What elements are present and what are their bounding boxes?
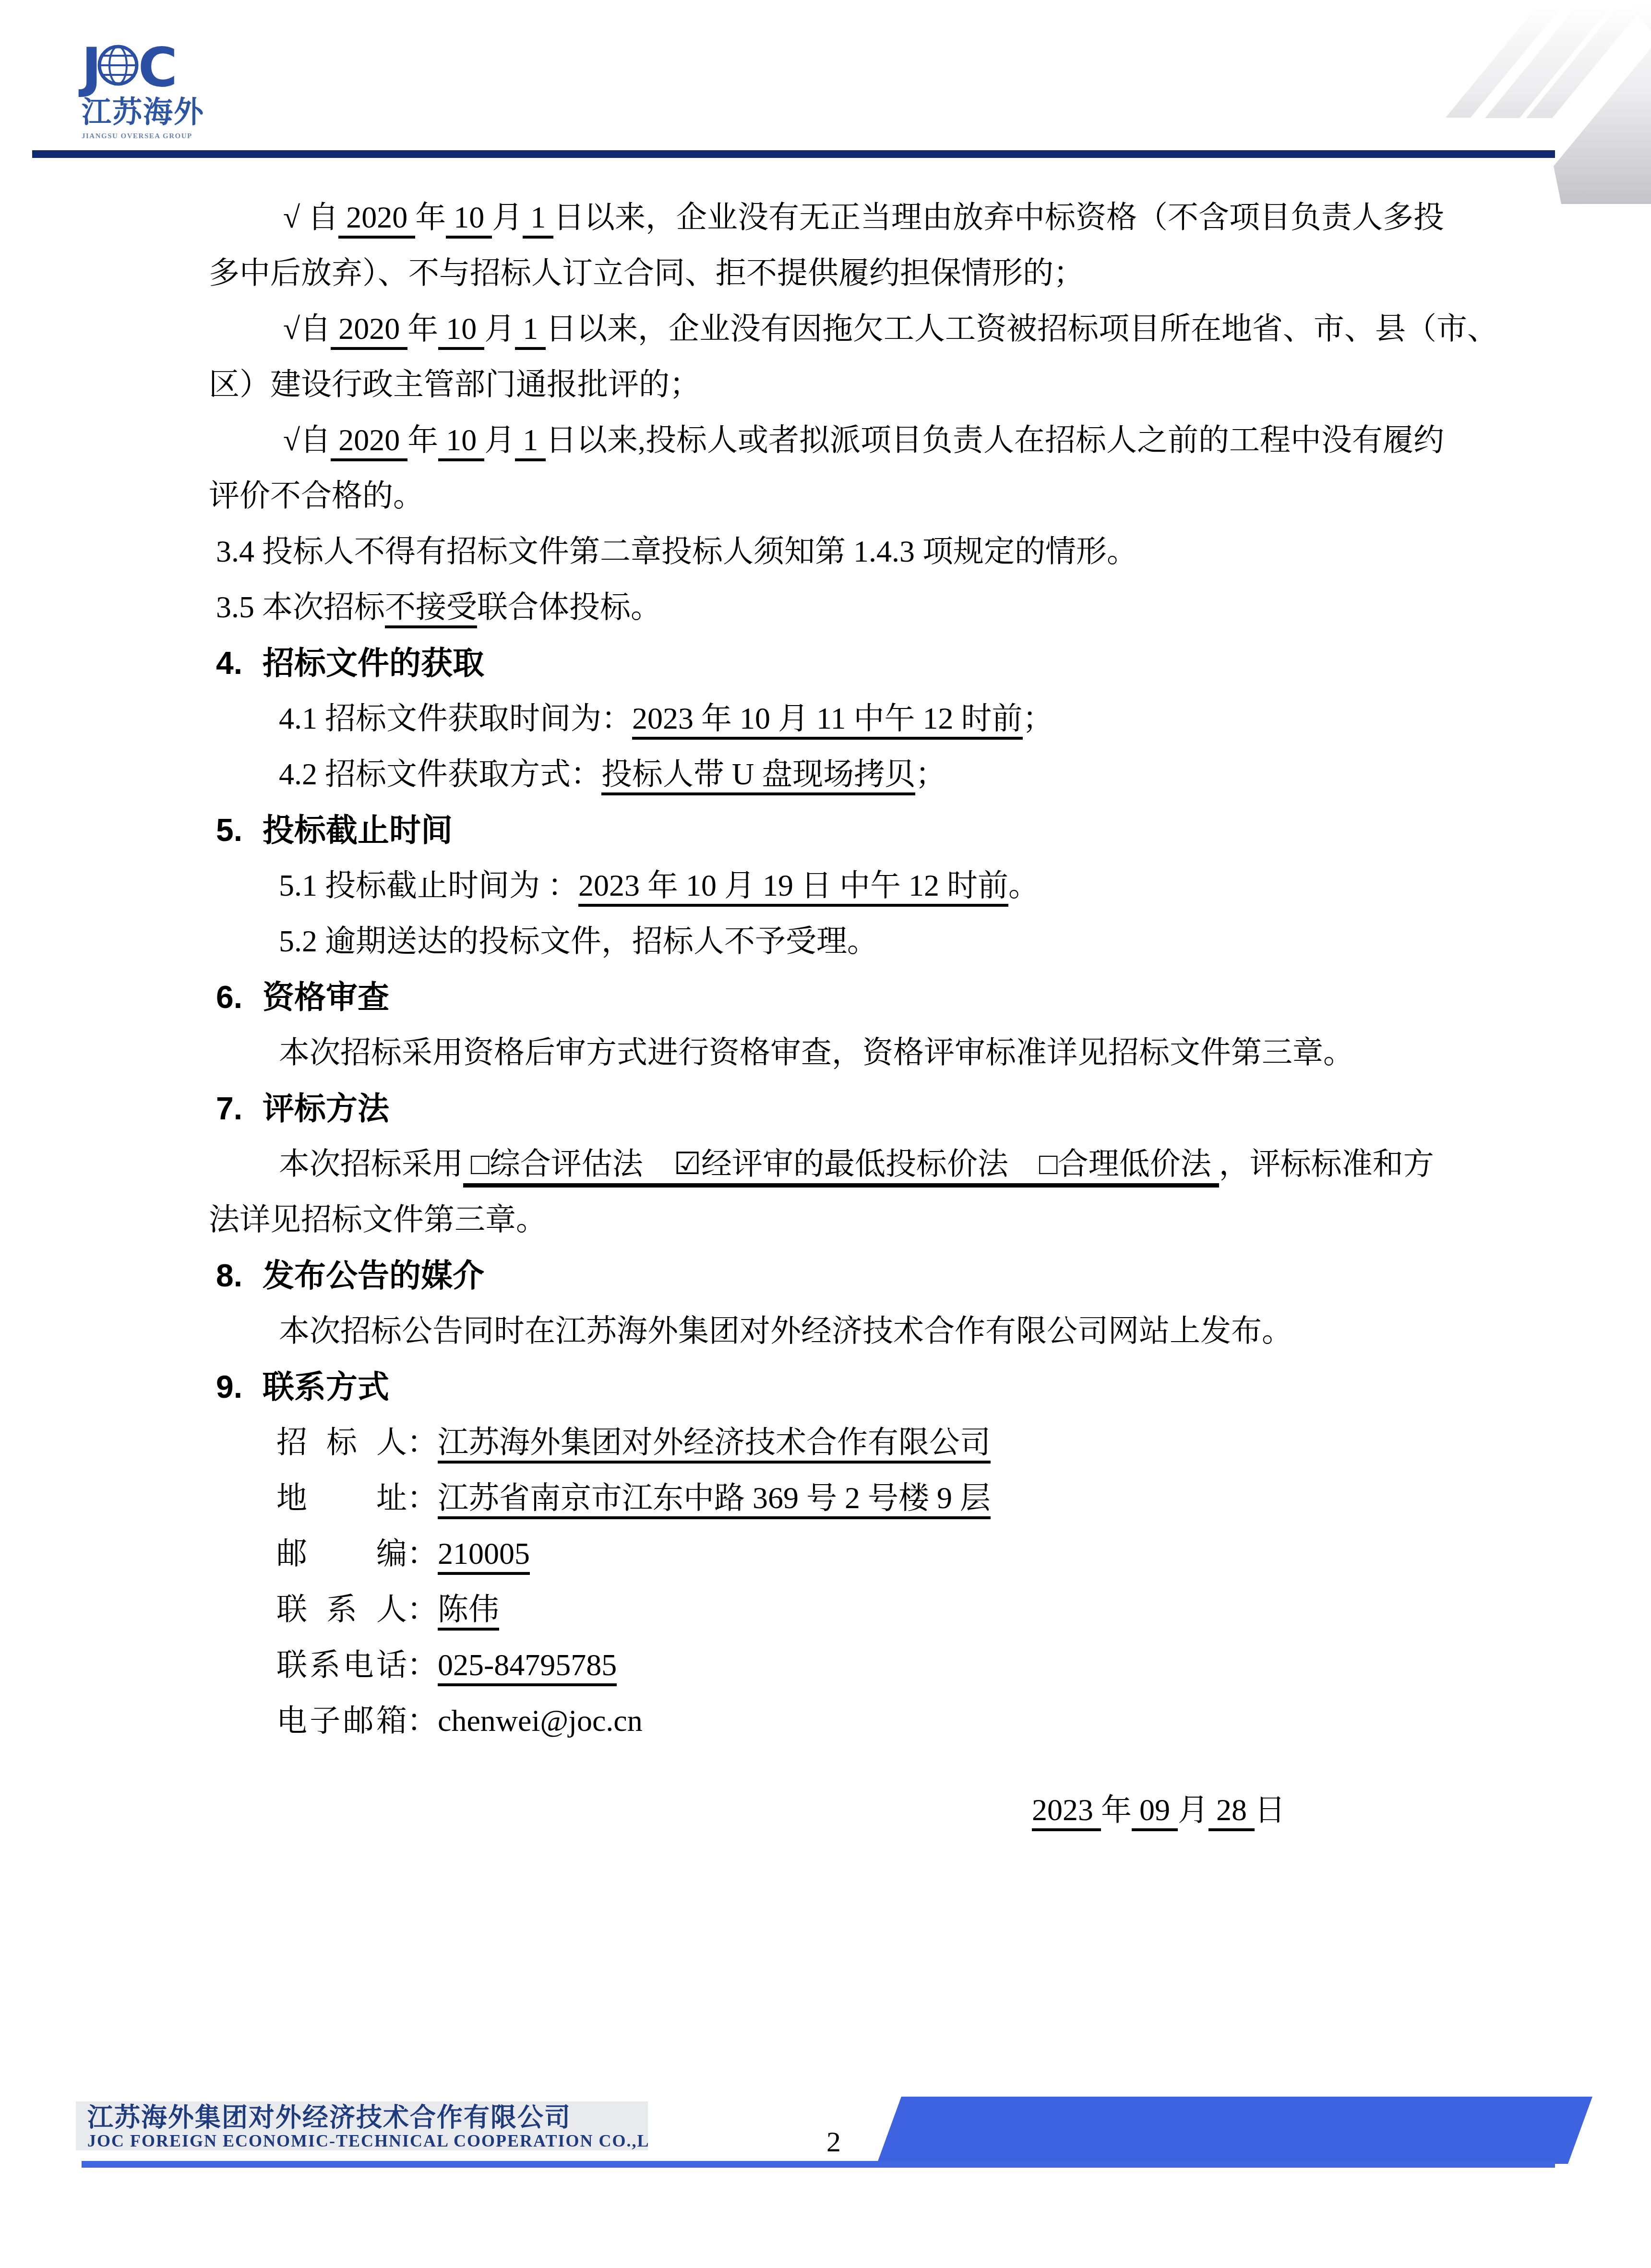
page-number: 2 [826, 2125, 841, 2159]
text-segment: 本次招标公告同时在江苏海外集团对外经济技术合作有限公司网站上发布。 [279, 1314, 1292, 1348]
body-line: 9.联系方式 [216, 1359, 389, 1415]
text-segment: 6. [216, 979, 242, 1015]
text-segment: 资格审查 [263, 979, 389, 1015]
body-line: 4.1 招标文件获取时间为：2023 年 10 月 11 中午 12 时前； [279, 691, 1053, 746]
body-line: 5.1 投标截止时间为 ：2023 年 10 月 19 日 中午 12 时前。 [279, 858, 1039, 913]
logo-english-name: JIANGSU OVERSEA GROUP [82, 132, 206, 141]
body-line: 联系人：陈伟 [276, 1582, 499, 1637]
contact-label: 电子邮箱 [276, 1693, 407, 1749]
announcement-date: 2023 年 09 月 28 日 [1032, 1788, 1285, 1832]
header-navy-bar [32, 150, 1555, 158]
text-segment: 1 [523, 200, 553, 239]
text-segment: ： [407, 1704, 438, 1738]
text-segment: 2020 [331, 312, 407, 350]
globe-icon [97, 44, 139, 91]
header-diagonal-stripes [1411, 0, 1651, 206]
text-segment: 法详见招标文件第三章。 [209, 1202, 547, 1236]
text-segment: 5.2 逾期送达的投标文件，招标人不予受理。 [279, 924, 878, 958]
text-segment: 本次招标采用 [279, 1147, 463, 1181]
footer-company-block: 江苏海外集团对外经济技术合作有限公司 JOC FOREIGN ECONOMIC-… [76, 2101, 648, 2150]
body-line: 本次招标采用资格后审方式进行资格审查，资格评审标准详见招标文件第三章。 [279, 1025, 1354, 1080]
body-line: 地址：江苏省南京市江东中路 369 号 2 号楼 9 层 [276, 1470, 991, 1526]
body-line: 法详见招标文件第三章。 [209, 1192, 547, 1248]
body-line: 4.招标文件的获取 [216, 635, 484, 691]
document-page: J C 江苏海外 JIANGSU OVERSEA GROUP [0, 0, 1651, 2268]
text-segment: 28 [1208, 1793, 1255, 1831]
text-segment: 月 [484, 312, 515, 346]
text-segment: 年 [415, 200, 446, 234]
body-line: 5.2 逾期送达的投标文件，招标人不予受理。 [279, 913, 878, 969]
text-segment: 10 [438, 423, 484, 461]
text-segment: 投标截止时间 [263, 812, 453, 848]
joc-logo: J C 江苏海外 JIANGSU OVERSEA GROUP [82, 44, 206, 141]
text-segment: 2020 [338, 200, 415, 239]
text-segment: 日 [1255, 1793, 1285, 1827]
text-segment: 评价不合格的。 [209, 479, 424, 513]
body-line: 3.4 投标人不得有招标文件第二章投标人须知第 1.4.3 项规定的情形。 [216, 524, 1137, 579]
text-segment: ： [407, 1536, 438, 1571]
footer-company-en: JOC FOREIGN ECONOMIC-TECHNICAL COOPERATI… [87, 2131, 648, 2150]
logo-letter-j: J [82, 45, 99, 91]
text-segment: 不接受 [385, 590, 477, 628]
text-segment: ，评标标准和方 [1219, 1147, 1434, 1181]
text-segment: 025-84795785 [438, 1648, 617, 1686]
body-line: 3.5 本次招标不接受联合体投标。 [216, 579, 661, 635]
text-segment: 评标方法 [263, 1091, 389, 1126]
text-segment: 江苏海外集团对外经济技术合作有限公司 [438, 1425, 991, 1464]
text-segment: 联合体投标。 [477, 590, 661, 624]
text-segment: √ 自 [283, 200, 338, 234]
text-segment: 日以来，企业没有无正当理由放弃中标资格（不含项目负责人多投 [553, 200, 1444, 234]
text-segment: ； [1023, 701, 1053, 735]
body-line: 电子邮箱：chenwei@joc.cn [276, 1693, 643, 1749]
body-line: √ 自 2020 年 10 月 1 日以来，企业没有无正当理由放弃中标资格（不含… [283, 190, 1444, 245]
text-segment: 9. [216, 1369, 242, 1404]
text-segment: 10 [446, 200, 492, 239]
contact-label: 地址 [276, 1470, 407, 1526]
text-segment: 09 [1132, 1793, 1178, 1831]
footer-blue-bar [82, 2161, 1555, 2168]
body-line: 4.2 招标文件获取方式：投标人带 U 盘现场拷贝； [279, 746, 946, 802]
text-segment: 月 [1178, 1793, 1208, 1827]
body-line: 区）建设行政主管部门通报批评的； [209, 357, 700, 412]
joc-logo-letters: J C [82, 44, 206, 91]
text-segment: chenwei@joc.cn [438, 1704, 643, 1738]
body-line: √自 2020 年 10 月 1 日以来,投标人或者拟派项目负责人在招标人之前的… [283, 412, 1444, 468]
text-segment: 4. [216, 645, 242, 681]
body-line: 招标人：江苏海外集团对外经济技术合作有限公司 [276, 1415, 991, 1470]
body-line: 评价不合格的。 [209, 468, 424, 524]
body-line: 本次招标采用 □综合评估法 ☑经评审的最低投标价法 □合理低价法 ，评标标准和方 [279, 1136, 1434, 1192]
contact-label: 邮编 [276, 1526, 407, 1582]
logo-chinese-name: 江苏海外 [82, 98, 206, 128]
text-segment: 招标文件的获取 [263, 645, 484, 681]
contact-label: 联系电话 [276, 1637, 407, 1693]
text-segment: 日以来，企业没有因拖欠工人工资被招标项目所在地省、市、县（市、 [546, 312, 1498, 346]
text-segment: 区）建设行政主管部门通报批评的； [209, 367, 700, 401]
text-segment: 江苏省南京市江东中路 369 号 2 号楼 9 层 [438, 1481, 991, 1519]
text-segment: 5.1 投标截止时间为 ： [279, 868, 578, 902]
text-segment: 年 [407, 423, 438, 457]
body-line: 5.投标截止时间 [216, 802, 453, 858]
text-segment: 。 [1008, 868, 1039, 902]
text-segment: 3.4 投标人不得有招标文件第二章投标人须知第 1.4.3 项规定的情形。 [216, 534, 1137, 568]
body-line: 联系电话：025-84795785 [276, 1637, 617, 1693]
text-segment: 3.5 本次招标 [216, 590, 385, 624]
body-line: 本次招标公告同时在江苏海外集团对外经济技术合作有限公司网站上发布。 [279, 1303, 1292, 1359]
text-segment: 1 [515, 312, 546, 350]
body-line: 7.评标方法 [216, 1080, 389, 1136]
text-segment: ： [407, 1648, 438, 1682]
text-segment: 4.1 招标文件获取时间为： [279, 701, 632, 735]
body-line: 8.发布公告的媒介 [216, 1248, 484, 1303]
text-segment: 月 [492, 200, 523, 234]
footer-blue-ribbon [877, 2097, 1592, 2164]
text-segment: 8. [216, 1258, 242, 1293]
text-segment: 5. [216, 812, 242, 848]
text-segment: 2023 年 10 月 11 中午 12 时前 [632, 701, 1023, 740]
contact-label: 联系人 [276, 1582, 407, 1637]
text-segment: 陈伟 [438, 1592, 499, 1631]
text-segment: 10 [438, 312, 484, 350]
text-segment: √自 [283, 423, 331, 457]
text-segment: 本次招标采用资格后审方式进行资格审查，资格评审标准详见招标文件第三章。 [279, 1035, 1354, 1069]
text-segment: 1 [515, 423, 546, 461]
text-segment: 210005 [438, 1536, 530, 1575]
text-segment: √自 [283, 312, 331, 346]
text-segment: 年 [1101, 1793, 1132, 1827]
text-segment: 7. [216, 1091, 242, 1126]
text-segment: 2023 年 10 月 19 日 中午 12 时前 [578, 868, 1008, 907]
text-segment: 投标人带 U 盘现场拷贝 [601, 757, 915, 795]
text-segment: 日以来,投标人或者拟派项目负责人在招标人之前的工程中没有履约 [546, 423, 1444, 457]
text-segment: ： [407, 1481, 438, 1515]
text-segment: 发布公告的媒介 [263, 1258, 484, 1293]
text-segment: □综合评估法 ☑经评审的最低投标价法 □合理低价法 [463, 1147, 1219, 1188]
contact-label: 招标人 [276, 1415, 407, 1470]
text-segment: 月 [484, 423, 515, 457]
text-segment: 年 [407, 312, 438, 346]
text-segment: 多中后放弃）、不与招标人订立合同、拒不提供履约担保情形的； [209, 256, 1084, 290]
body-line: 6.资格审查 [216, 969, 389, 1025]
text-segment: 2023 [1032, 1793, 1101, 1831]
text-segment: ： [407, 1425, 438, 1459]
logo-letter-c: C [138, 45, 175, 91]
text-segment: 4.2 招标文件获取方式： [279, 757, 601, 791]
text-segment: ： [407, 1592, 438, 1626]
text-segment: 2020 [331, 423, 407, 461]
text-segment: ； [915, 757, 946, 791]
footer-company-cn: 江苏海外集团对外经济技术合作有限公司 [87, 2104, 648, 2131]
body-line: √自 2020 年 10 月 1 日以来，企业没有因拖欠工人工资被招标项目所在地… [283, 301, 1498, 357]
body-line: 多中后放弃）、不与招标人订立合同、拒不提供履约担保情形的； [209, 245, 1084, 301]
text-segment: 联系方式 [263, 1369, 389, 1404]
body-line: 邮编：210005 [276, 1526, 530, 1582]
